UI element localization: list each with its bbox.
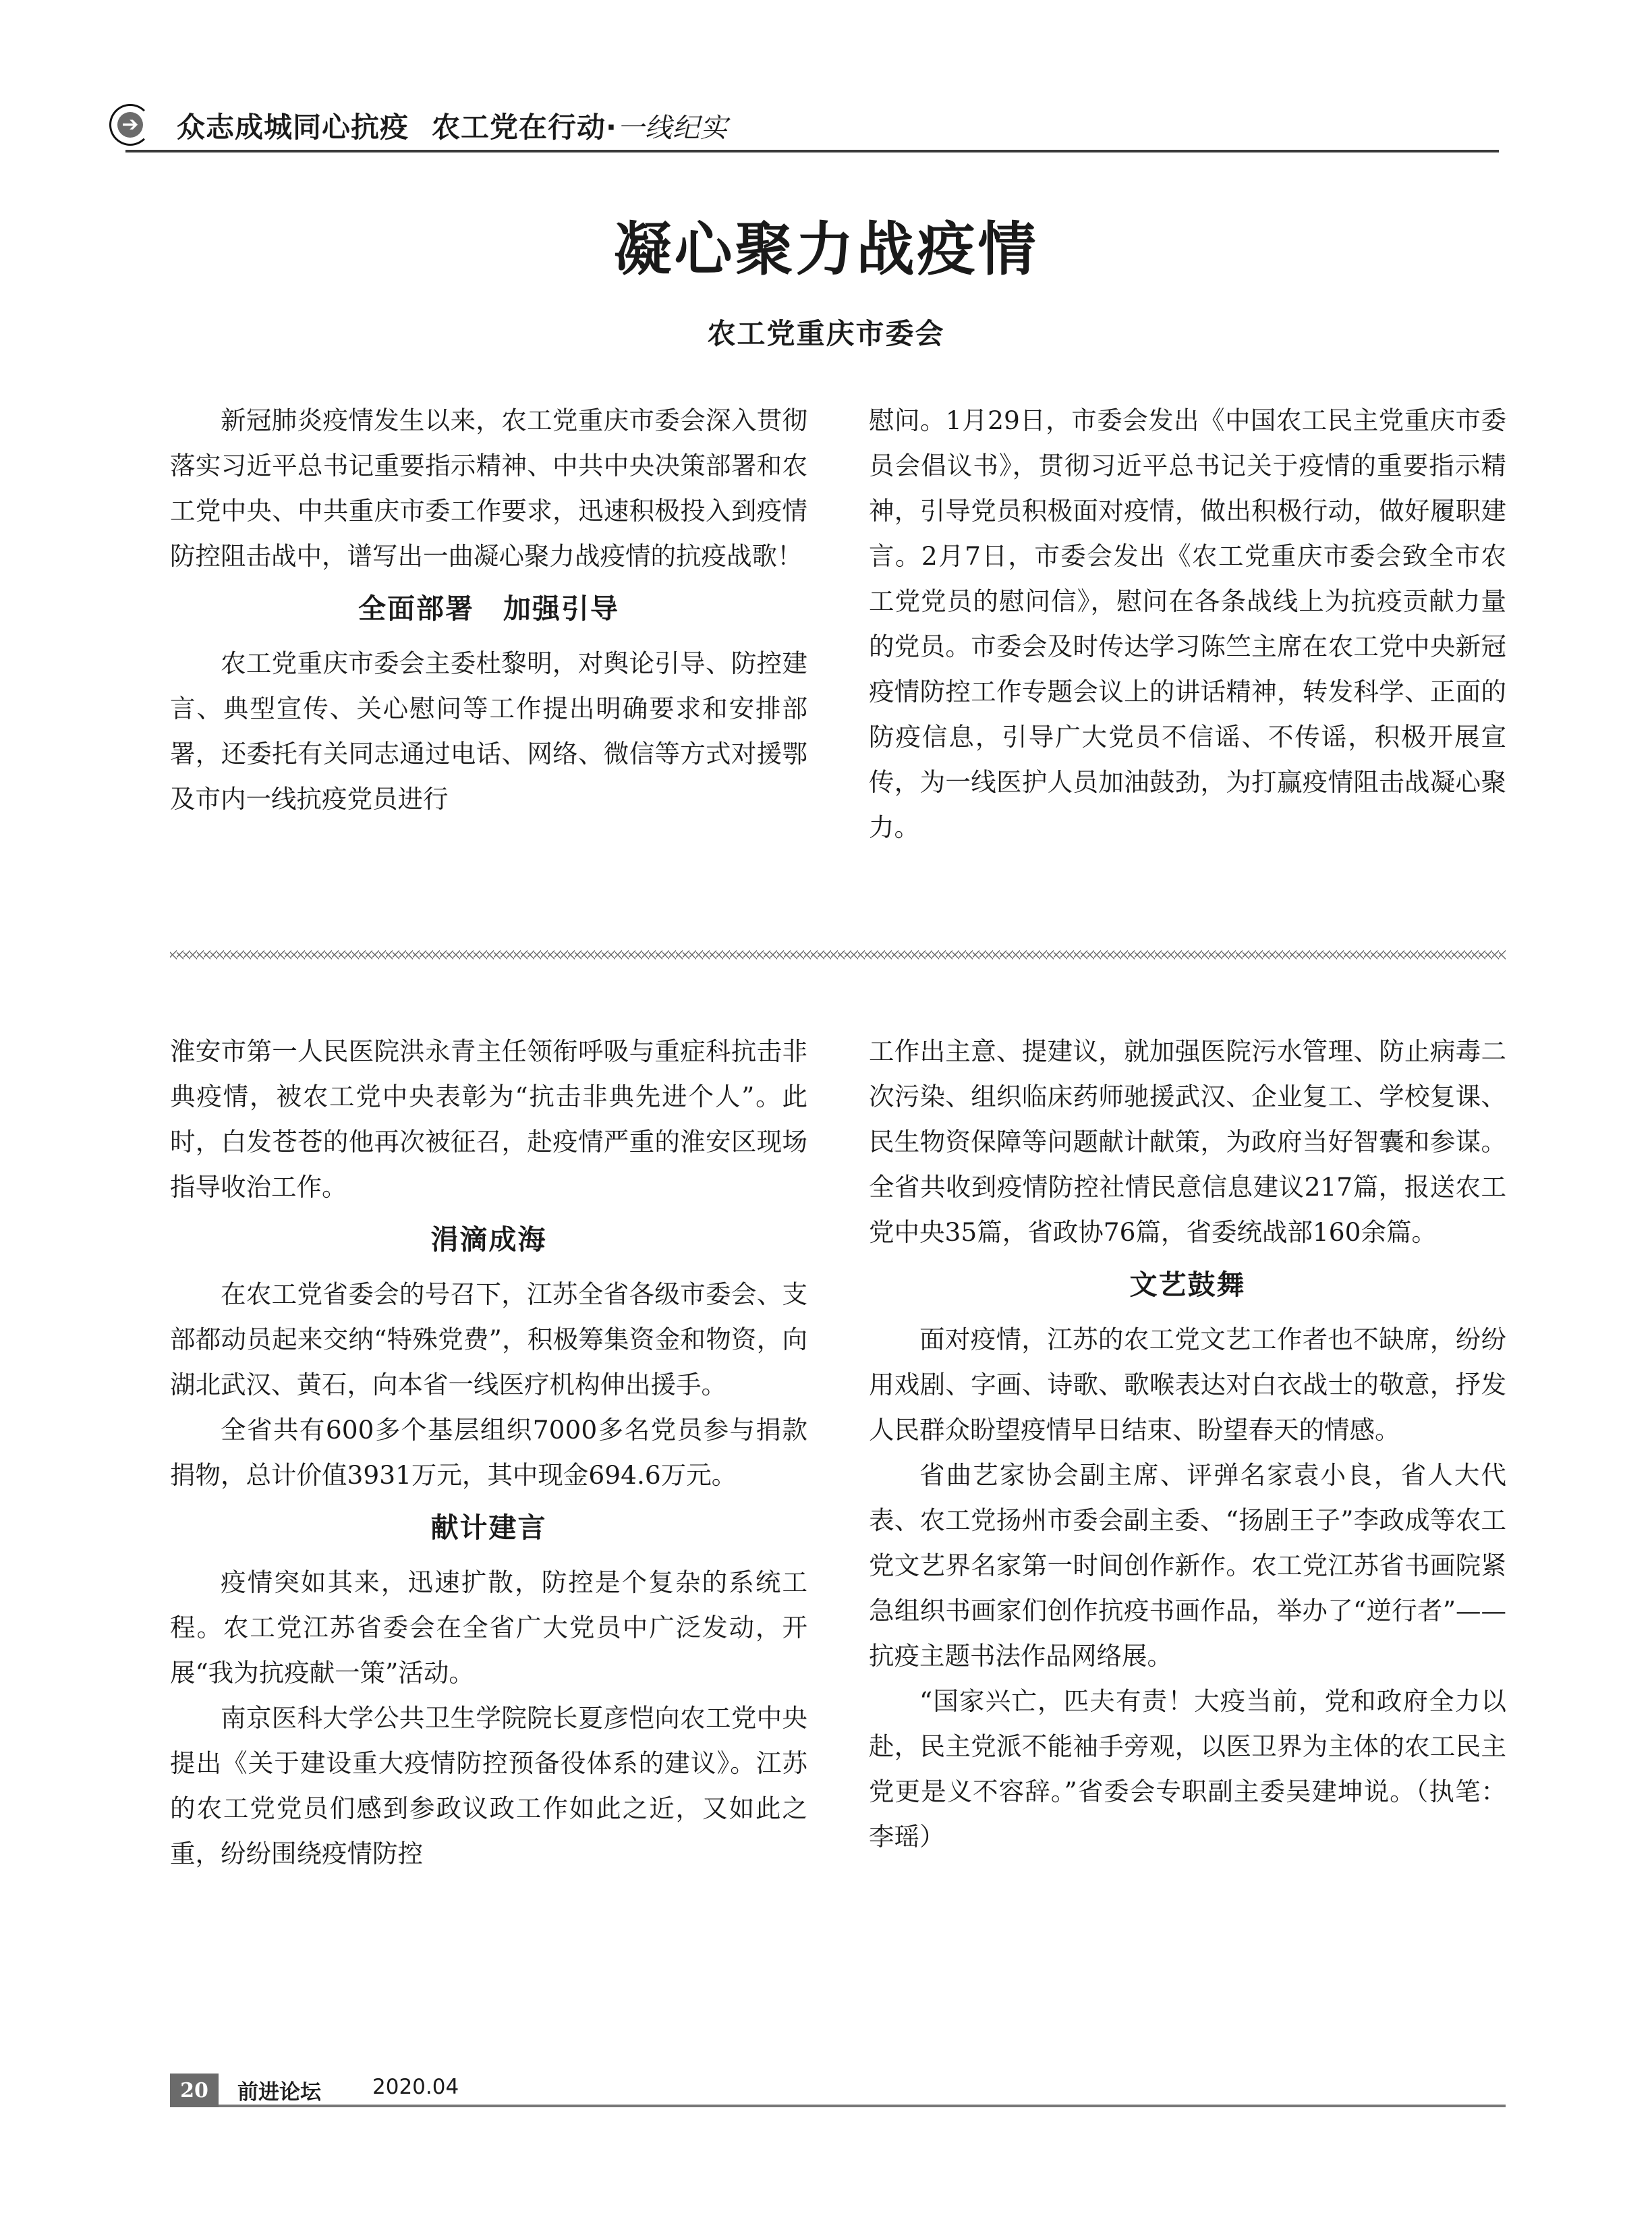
- paragraph: 面对疫情，江苏的农工党文艺工作者也不缺席，纷纷用戏剧、字画、诗歌、歌喉表达对白衣…: [869, 1317, 1506, 1453]
- section-heading: 文艺鼓舞: [869, 1258, 1506, 1312]
- section-heading: 献计建言: [170, 1501, 807, 1555]
- page-footer: 20 前进论坛 2020.04: [170, 2074, 1506, 2107]
- column-bottom-left: 淮安市第一人民医院洪永青主任领衔呼吸与重症科抗击非典疫情，被农工党中央表彰为“抗…: [170, 1029, 807, 1876]
- paragraph: 疫情突如其来，迅速扩散，防控是个复杂的系统工程。农工党江苏省委会在全省广大党员中…: [170, 1560, 807, 1696]
- paragraph: 全省共有600多个基层组织7000多名党员参与捐款捐物，总计价值3931万元，其…: [170, 1408, 807, 1498]
- header-icon-ring: ➔: [109, 104, 151, 146]
- column-bottom-right: 工作出主意、提建议，就加强医院污水管理、防止病毒二次污染、组织临床药师驰援武汉、…: [869, 1029, 1506, 1860]
- paragraph: “国家兴亡，匹夫有责！大疫当前，党和政府全力以赴，民主党派不能袖手旁观，以医卫界…: [869, 1679, 1506, 1860]
- issue-date: 2020.04: [372, 2075, 459, 2099]
- column-top-left: 新冠肺炎疫情发生以来，农工党重庆市委会深入贯彻落实习近平总书记重要指示精神、中共…: [170, 398, 807, 822]
- magazine-name: 前进论坛: [237, 2075, 321, 2105]
- header-title: 众志成城同心抗疫农工党在行动·一线纪实: [177, 105, 728, 146]
- paragraph: 省曲艺家协会副主席、评弹名家袁小良，省人大代表、农工党扬州市委会副主委、“扬剧王…: [869, 1453, 1506, 1679]
- running-header: ➔ 众志成城同心抗疫农工党在行动·一线纪实: [109, 101, 1499, 152]
- article-author: 农工党重庆市委会: [0, 312, 1652, 352]
- section-heading: 全面部署 加强引导: [170, 582, 807, 636]
- article-title: 凝心聚力战疫情: [0, 202, 1652, 286]
- section-heading: 涓滴成海: [170, 1213, 807, 1267]
- header-section: 一线纪实: [617, 113, 728, 144]
- footer-rule: [219, 2105, 1506, 2107]
- paragraph: 工作出主意、提建议，就加强医院污水管理、防止病毒二次污染、组织临床药师驰援武汉、…: [869, 1029, 1506, 1255]
- page-number: 20: [170, 2074, 219, 2107]
- paragraph: 在农工党省委会的号召下，江苏全省各级市委会、支部都动员起来交纳“特殊党费”，积极…: [170, 1272, 807, 1408]
- paragraph: 新冠肺炎疫情发生以来，农工党重庆市委会深入贯彻落实习近平总书记重要指示精神、中共…: [170, 398, 807, 579]
- paragraph: 淮安市第一人民医院洪永青主任领衔呼吸与重症科抗击非典疫情，被农工党中央表彰为“抗…: [170, 1029, 807, 1210]
- arrow-right-circle-icon: ➔: [117, 112, 143, 138]
- header-title-part2: 农工党在行动: [432, 111, 606, 144]
- paragraph: 农工党重庆市委会主委杜黎明，对舆论引导、防控建言、典型宣传、关心慰问等工作提出明…: [170, 641, 807, 822]
- header-separator: ·: [606, 111, 617, 144]
- decorative-divider: [170, 950, 1506, 959]
- header-title-part1: 众志成城同心抗疫: [177, 111, 409, 144]
- paragraph: 南京医科大学公共卫生学院院长夏彦恺向农工党中央提出《关于建设重大疫情防控预备役体…: [170, 1696, 807, 1876]
- paragraph: 慰问。1月29日，市委会发出《中国农工民主党重庆市委员会倡议书》，贯彻习近平总书…: [869, 398, 1506, 850]
- column-top-right: 慰问。1月29日，市委会发出《中国农工民主党重庆市委员会倡议书》，贯彻习近平总书…: [869, 398, 1506, 850]
- header-rule: [125, 150, 1499, 152]
